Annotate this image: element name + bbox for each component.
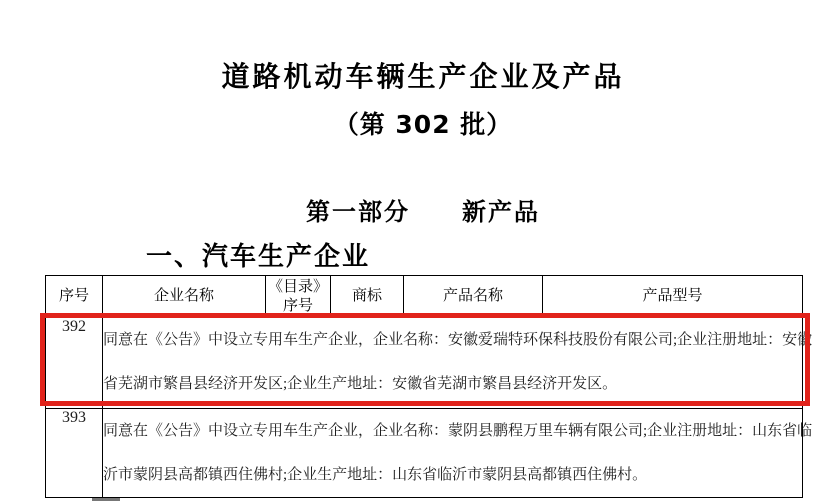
- page-title: 道路机动车辆生产企业及产品: [10, 55, 836, 95]
- row-393-line-1: 同意在《公告》中设立专用车生产企业，企业名称：蒙阴县鹏程万里车辆有限公司;企业注…: [103, 409, 802, 453]
- row-392-line-2: 省芜湖市繁昌县经济开发区;企业生产地址：安徽省芜湖市繁昌县经济开发区。: [103, 362, 802, 406]
- row-393-line-2: 沂市蒙阴县高都镇西住佛村;企业生产地址：山东省临沂市蒙阴县高都镇西住佛村。: [103, 453, 802, 497]
- row-393-description: 同意在《公告》中设立专用车生产企业，企业名称：蒙阴县鹏程万里车辆有限公司;企业注…: [103, 409, 803, 498]
- header-trademark: 商标: [331, 276, 404, 318]
- row-393-seq: 393: [46, 409, 103, 498]
- header-product-name: 产品名称: [404, 276, 543, 318]
- header-company-name: 企业名称: [103, 276, 266, 318]
- table-row-392: 392 同意在《公告》中设立专用车生产企业，企业名称：安徽爱瑞特环保科技股份有限…: [46, 318, 803, 409]
- table-row-393: 393 同意在《公告》中设立专用车生产企业，企业名称：蒙阴县鹏程万里车辆有限公司…: [46, 409, 803, 498]
- row-392-seq: 392: [46, 318, 103, 409]
- products-table: 序号 企业名称 《目录》 序号 商标 产品名称 产品型号 392 同意在《公告》…: [45, 275, 803, 498]
- subsection-title: 一、汽车生产企业: [146, 236, 370, 273]
- row-392-description: 同意在《公告》中设立专用车生产企业，企业名称：安徽爱瑞特环保科技股份有限公司;企…: [103, 318, 803, 409]
- section-title: 第一部分 新产品: [10, 192, 836, 227]
- table-header-row: 序号 企业名称 《目录》 序号 商标 产品名称 产品型号: [46, 276, 803, 318]
- row-392-line-1: 同意在《公告》中设立专用车生产企业，企业名称：安徽爱瑞特环保科技股份有限公司;企…: [103, 318, 802, 362]
- header-seq: 序号: [46, 276, 103, 318]
- header-catalog-seq: 《目录》 序号: [266, 276, 331, 318]
- document-page: { "page": { "title": "道路机动车辆生产企业及产品", "b…: [0, 0, 836, 501]
- batch-number-title: （第 302 批）: [10, 105, 836, 141]
- header-product-model: 产品型号: [543, 276, 803, 318]
